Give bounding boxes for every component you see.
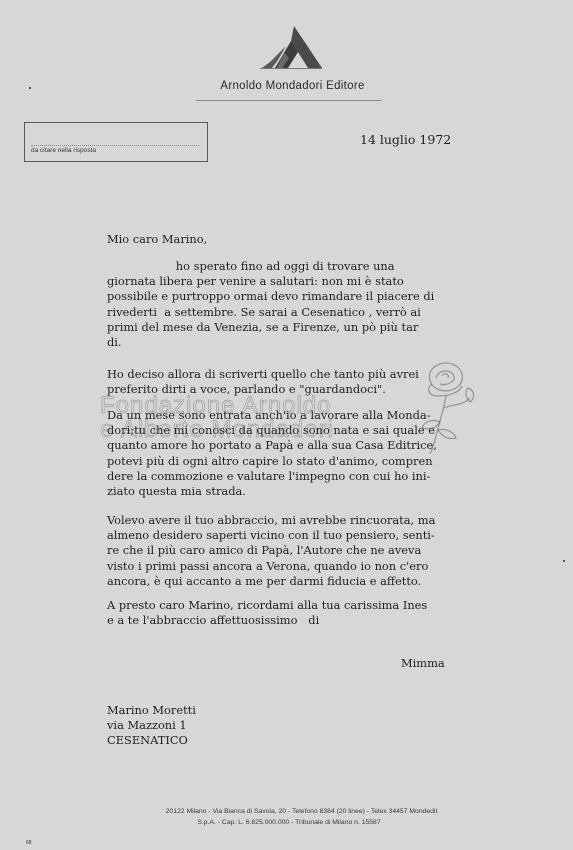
footer-line-2: S.p.A. - Cap. L. 6.825.000.000 - Tribuna… [0,817,573,828]
letterhead-footer: 20122 Milano - Via Bianca di Savoia, 20 … [0,806,573,828]
footer-line-1: 20122 Milano - Via Bianca di Savoia, 20 … [0,806,573,817]
paragraph-5: A presto caro Marino, ricordami alla tua… [107,598,487,628]
letter-date: 14 luglio 1972 [360,132,451,147]
text-line: dere la commozione e valutare l'impegno … [107,469,487,484]
letter-page: Arnoldo Mondadori Editore da citare nell… [0,0,573,850]
paragraph-3: Da un mese sono entrata anch'io a lavora… [107,408,487,499]
letterhead-divider [196,100,382,101]
text-line: visto i primi passi ancora a Verona, qua… [107,559,487,574]
text-line: Da un mese sono entrata anch'io a lavora… [107,408,487,423]
text-line: potevi più di ogni altro capire lo stato… [107,454,487,469]
reference-box: da citare nella risposta [24,122,208,162]
text-line: dori;tu che mi conosci da quando sono na… [107,423,487,438]
text-line: e a te l'abbraccio affettuosissimo di [107,613,487,628]
text-line: primi del mese da Venezia, se a Firenze,… [107,320,487,335]
recipient-address: Marino Moretti via Mazzoni 1 CESENATICO [107,703,196,749]
signature: Mimma [401,656,445,670]
text-line: quanto amore ho portato a Papà e alla su… [107,438,487,453]
recipient-street: via Mazzoni 1 [107,718,196,733]
paper-speck [563,560,565,562]
text-line: ancora, è qui accanto a me per darmi fid… [107,574,487,589]
text-line: Volevo avere il tuo abbraccio, mi avrebb… [107,513,487,528]
reference-label: da citare nella risposta [31,147,96,154]
recipient-name: Marino Moretti [107,703,196,718]
paragraph-4: Volevo avere il tuo abbraccio, mi avrebb… [107,513,487,589]
page-mark: 68 [26,840,32,846]
paragraph-1: ho sperato fino ad oggi di trovare una g… [107,259,487,350]
text-line: ziato questa mia strada. [107,484,487,499]
text-line: A presto caro Marino, ricordami alla tua… [107,598,487,613]
text-line: giornata libera per venire a salutari: n… [107,274,487,289]
text-line: ho sperato fino ad oggi di trovare una [107,259,487,274]
company-name: Arnoldo Mondadori Editore [0,80,573,92]
text-line: di. [107,335,487,350]
text-line: possibile e purtroppo ormai devo rimanda… [107,289,487,304]
paragraph-2: Ho deciso allora di scriverti quello che… [107,367,487,397]
text-line: Ho deciso allora di scriverti quello che… [107,367,487,382]
text-line: rivederti a settembre. Se sarai a Cesena… [107,305,487,320]
mondadori-logo-icon [258,24,324,70]
reference-dotted-line [31,145,199,146]
text-line: almeno desidero saperti vicino con il tu… [107,528,487,543]
text-line: re che il più caro amico di Papà, l'Auto… [107,543,487,558]
recipient-city: CESENATICO [107,733,196,748]
salutation: Mio caro Marino, [107,232,487,247]
paper-speck [29,87,31,89]
text-line: preferito dirti a voce, parlando e "guar… [107,382,487,397]
